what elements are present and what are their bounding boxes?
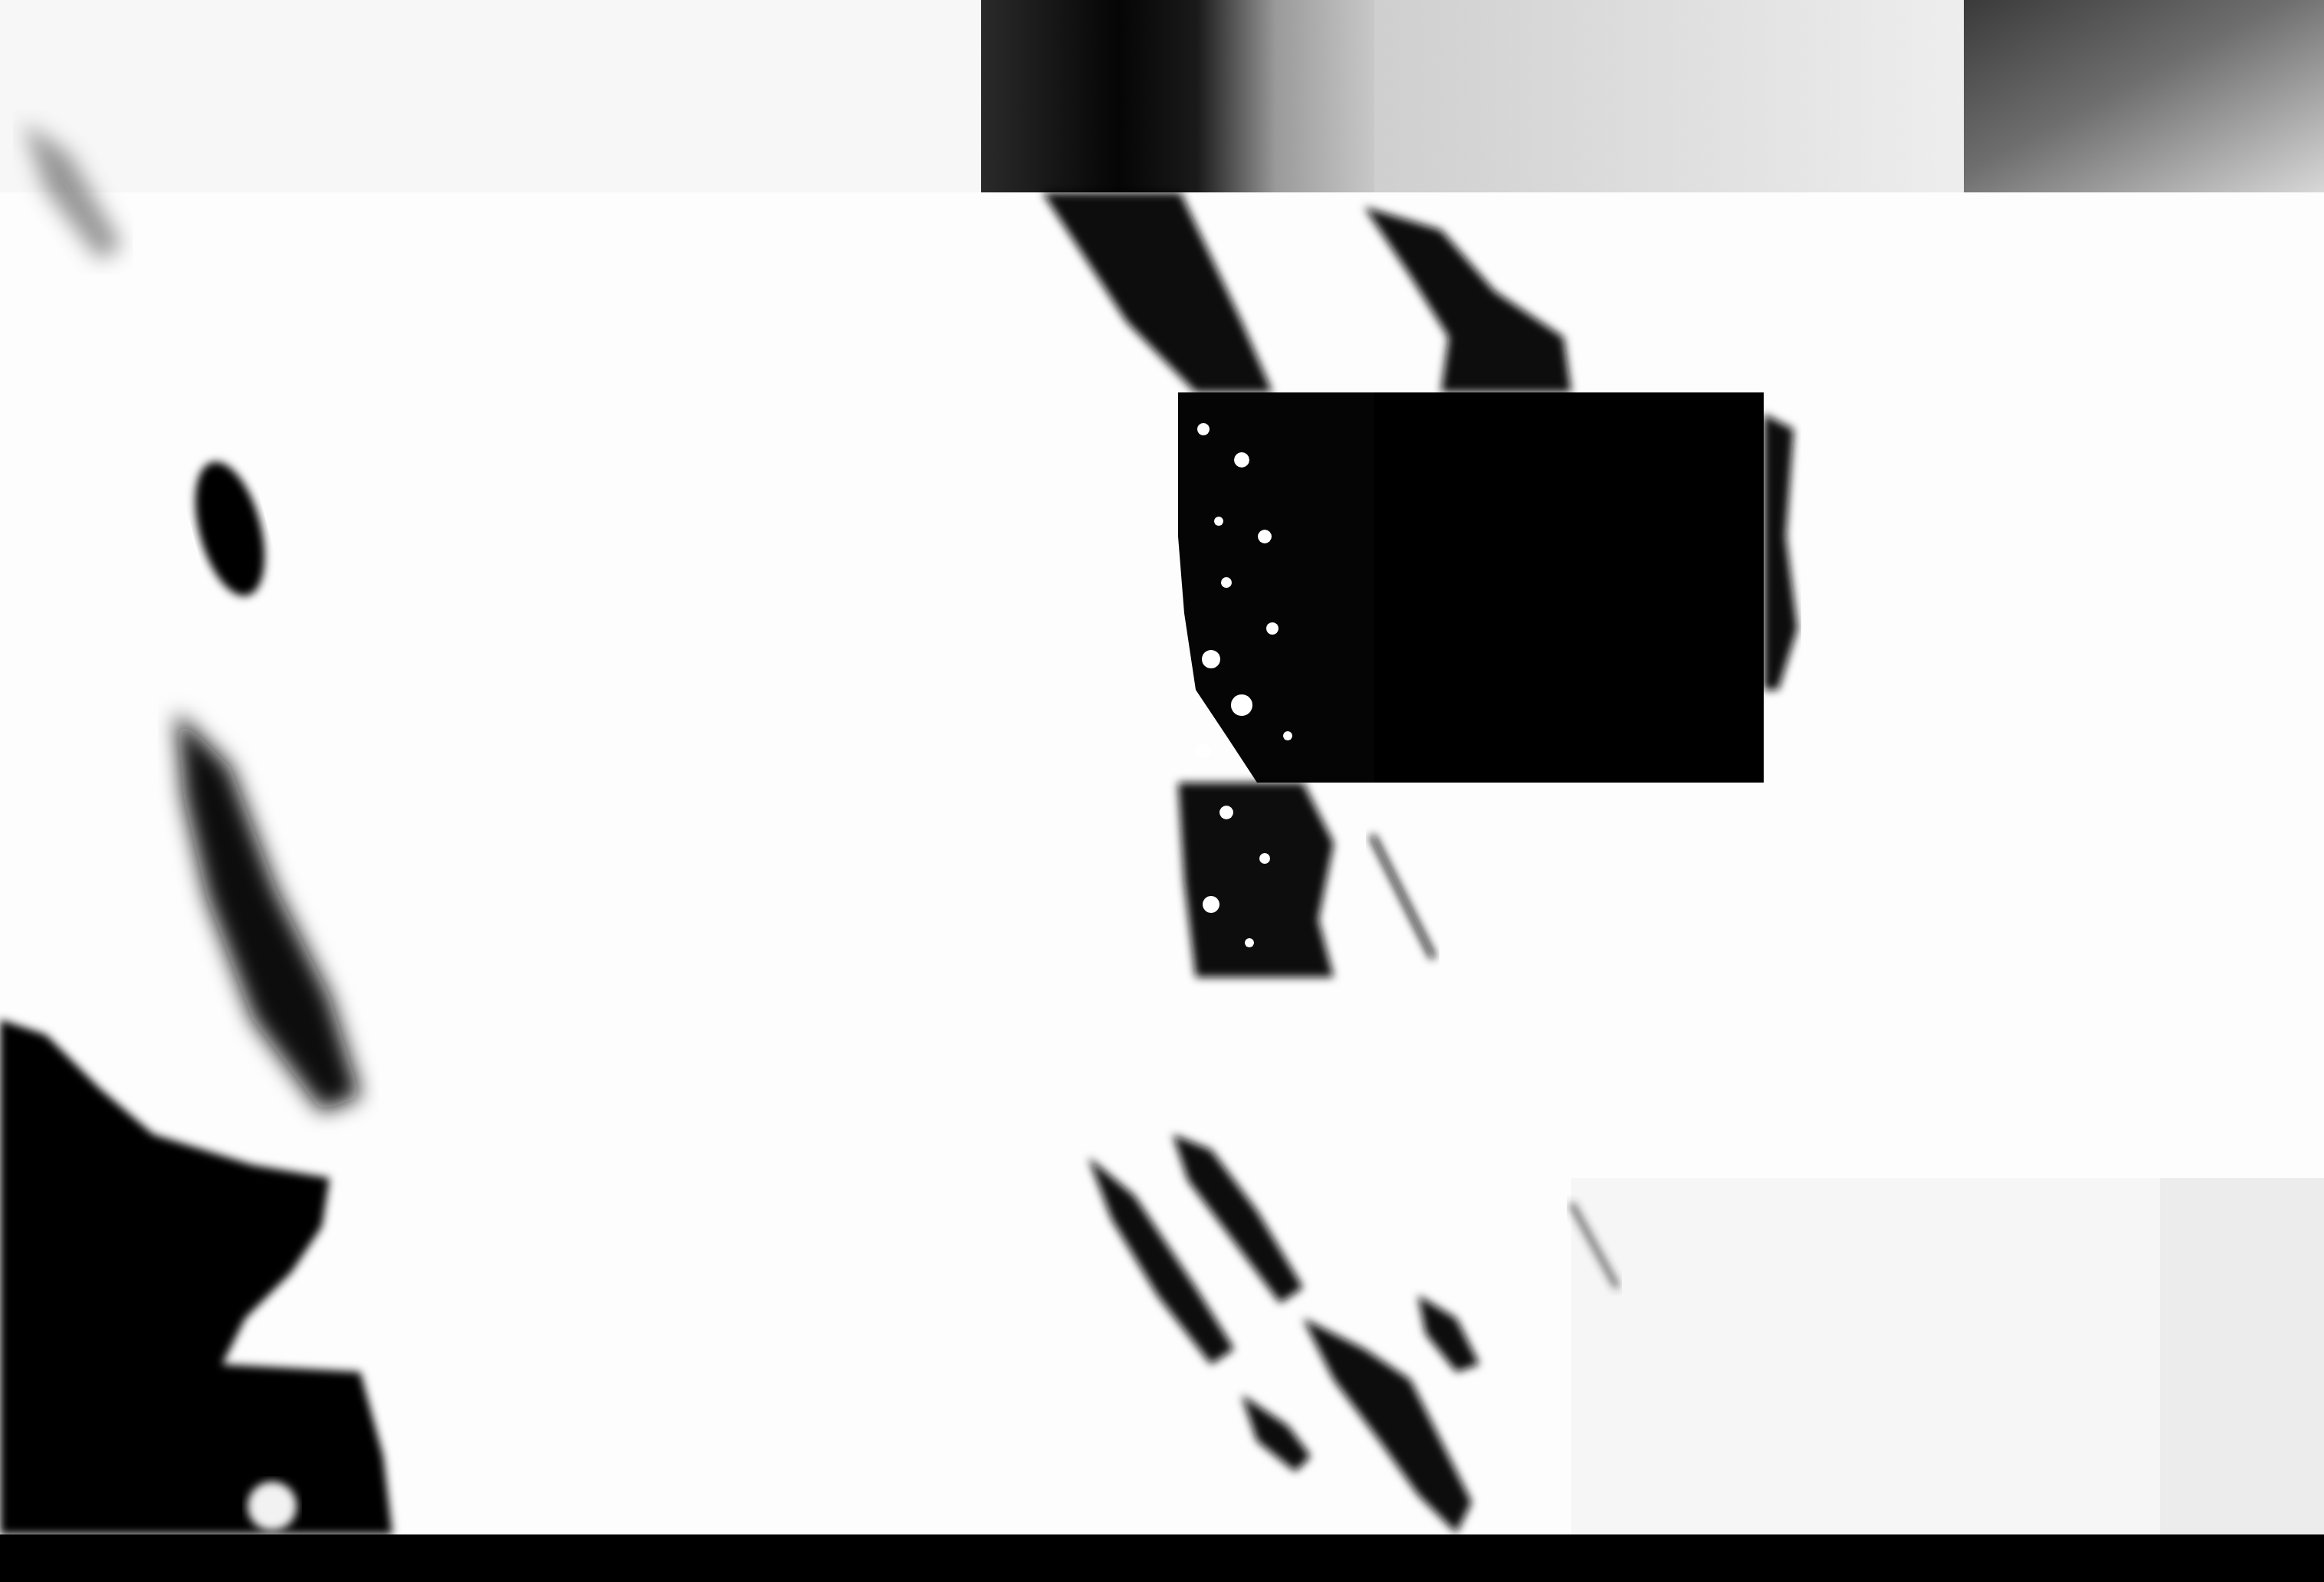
speckled-dark-lower xyxy=(1178,783,1334,977)
bright-blob-bottom-left xyxy=(248,1482,297,1531)
thin-streak-center xyxy=(1372,835,1433,958)
dark-streak-left-upper xyxy=(182,455,277,604)
speckled-dark-region xyxy=(1178,392,1374,783)
satellite-mosaic xyxy=(0,0,2324,1582)
dark-tile-top-right xyxy=(1964,0,2324,192)
black-block xyxy=(1374,392,1764,783)
mosaic-canvas xyxy=(0,0,2324,1582)
dark-streaks-center xyxy=(1088,1134,1479,1533)
bottom-black-bar xyxy=(0,1534,2324,1582)
dark-fringe-right xyxy=(1764,414,1797,690)
dark-patch-top-mid xyxy=(1364,207,1571,392)
dark-streak-left-diagonal xyxy=(176,713,360,1111)
dark-wedge xyxy=(1042,192,1272,392)
dark-tile-top-center xyxy=(981,0,1374,192)
